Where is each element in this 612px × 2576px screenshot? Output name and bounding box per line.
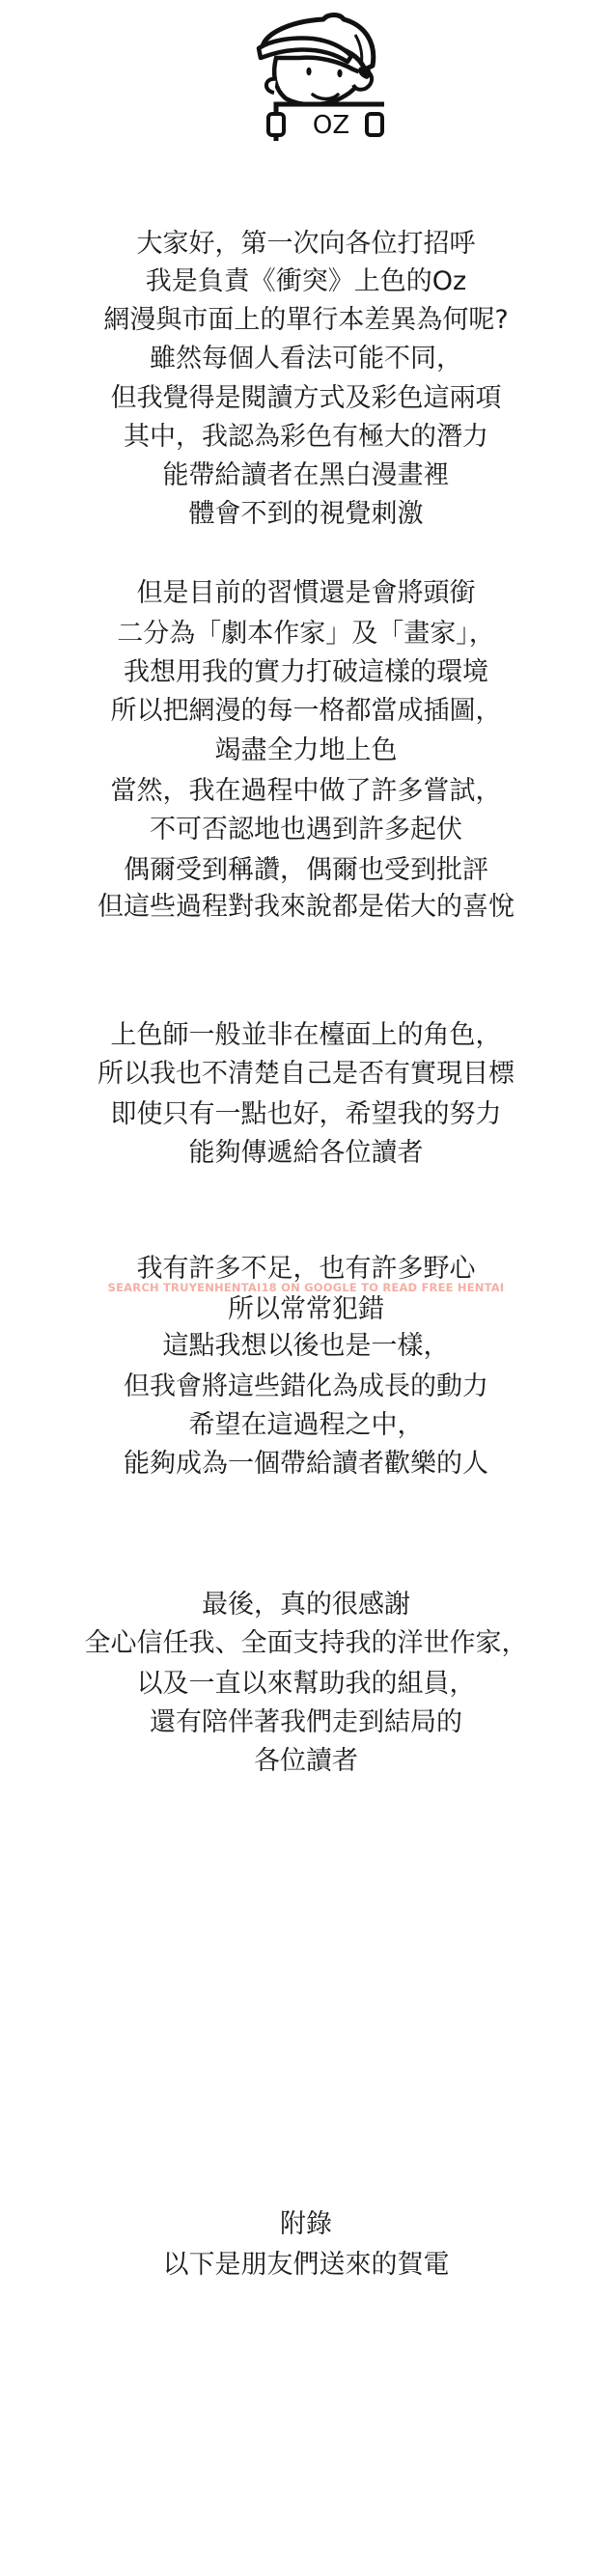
text-line: 不可否認地也遇到許多起伏 bbox=[0, 813, 612, 847]
text-line: 但這些過程對我來說都是偌大的喜悅 bbox=[0, 890, 612, 925]
text-line: 我想用我的實力打破這樣的環境 bbox=[0, 655, 612, 690]
boy-with-cap-holding-sign-icon: OZ bbox=[232, 6, 384, 141]
text-line: 能夠成為一個帶給讀者歡樂的人 bbox=[0, 1447, 612, 1482]
oz-logo: OZ bbox=[232, 6, 384, 141]
text-line: 二分為「劇本作家」及「畫家」， bbox=[0, 617, 612, 651]
text-line: 各位讀者 bbox=[0, 1744, 612, 1779]
text-line: 我是負責《衝突》上色的Oz bbox=[0, 264, 612, 299]
text-line: 上色師一般並非在檯面上的角色， bbox=[0, 1018, 612, 1053]
text-line: 所以我也不清楚自己是否有實現目標 bbox=[0, 1057, 612, 1092]
text-line: 希望在這過程之中， bbox=[0, 1408, 612, 1443]
logo-sign-text: OZ bbox=[313, 111, 349, 140]
text-line: 偶爾受到稱讚，偶爾也受到批評 bbox=[0, 853, 612, 888]
text-line: 網漫與市面上的單行本差異為何呢? bbox=[0, 303, 612, 338]
text-line: 大家好，第一次向各位打招呼 bbox=[0, 227, 612, 262]
text-line: 但我會將這些錯化為成長的動力 bbox=[0, 1370, 612, 1404]
text-line: 當然，我在過程中做了許多嘗試， bbox=[0, 774, 612, 809]
text-line: 所以把網漫的每一格都當成插圖， bbox=[0, 694, 612, 729]
text-line: 即使只有一點也好，希望我的努力 bbox=[0, 1097, 612, 1132]
text-line: 竭盡全力地上色 bbox=[0, 734, 612, 768]
text-line: 全心信任我、全面支持我的洋世作家， bbox=[0, 1626, 612, 1661]
text-line: 能夠傳遞給各位讀者 bbox=[0, 1136, 612, 1171]
text-line: 以下是朋友們送來的賀電 bbox=[0, 2248, 612, 2283]
text-line: 以及一直以來幫助我的組員， bbox=[0, 1667, 612, 1702]
appendix-heading: 附錄 bbox=[0, 2207, 612, 2242]
text-line: 所以常常犯錯 bbox=[0, 1292, 612, 1327]
text-line: 但是目前的習慣還是會將頭銜 bbox=[0, 576, 612, 611]
text-line: 能帶給讀者在黑白漫畫裡 bbox=[0, 458, 612, 493]
text-line: 最後，真的很感謝 bbox=[0, 1588, 612, 1622]
text-line: 雖然每個人看法可能不同， bbox=[0, 342, 612, 376]
text-line: 這點我想以後也是一樣， bbox=[0, 1329, 612, 1364]
text-line: 其中，我認為彩色有極大的潛力 bbox=[0, 420, 612, 455]
text-line: 還有陪伴著我們走到結局的 bbox=[0, 1705, 612, 1740]
text-line: 但我覺得是閱讀方式及彩色這兩項 bbox=[0, 381, 612, 416]
text-line: 體會不到的視覺刺激 bbox=[0, 497, 612, 532]
